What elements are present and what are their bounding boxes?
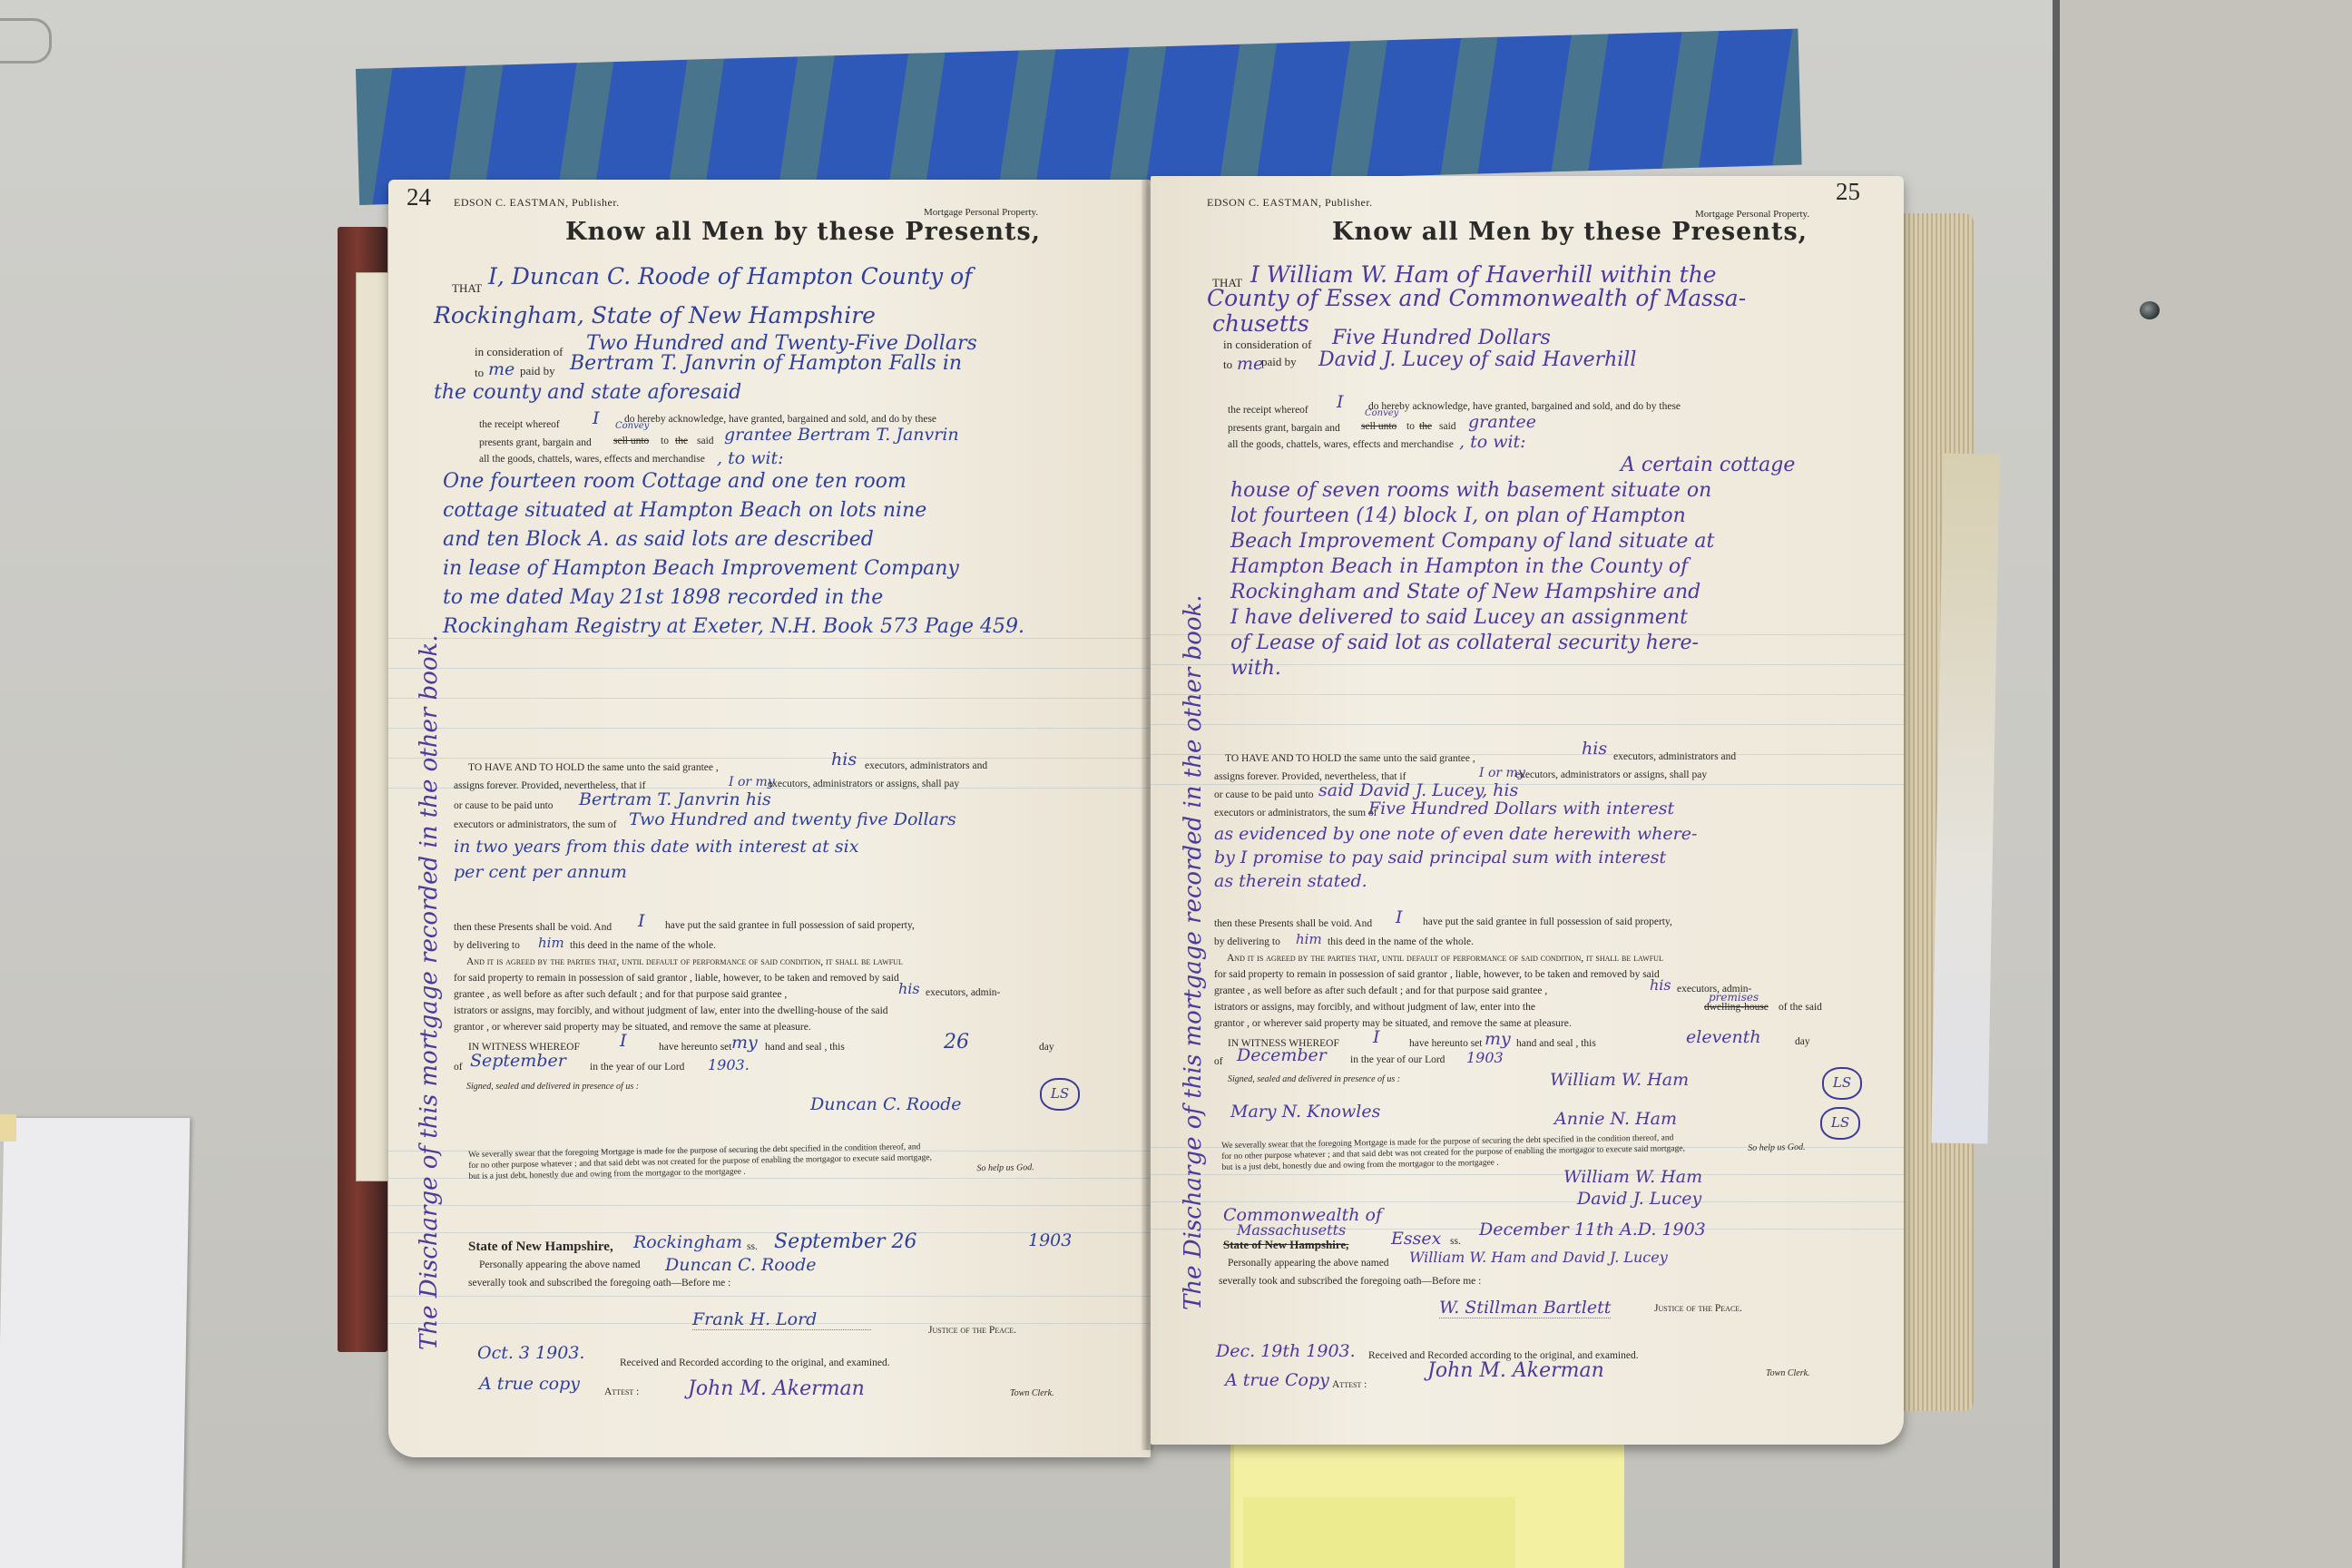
discharge-margin-note: The Discharge of this mortgage recorded … xyxy=(416,534,443,1350)
paid-to-me: me xyxy=(488,359,514,379)
sheet-tab xyxy=(0,1114,16,1142)
justice-title: Justice of the Peace. xyxy=(1654,1303,1742,1314)
mortgagor-signature: William W. Ham xyxy=(1550,1070,1689,1090)
panel-screw-hole xyxy=(2140,301,2160,319)
grantee-line-1: Bertram T. Janvrin of Hampton Falls in xyxy=(570,352,962,375)
grantor-line: County of Essex and Commonwealth of Mass… xyxy=(1207,285,1746,311)
terms-line: as therein stated. xyxy=(1214,871,1367,891)
form-heading: Know all Men by these Presents, xyxy=(1332,218,1808,246)
witness-year: 1903 xyxy=(1466,1049,1504,1066)
discharge-margin-note: The Discharge of this mortgage recorded … xyxy=(1180,494,1207,1310)
oath-signature: David J. Lucey xyxy=(1577,1189,1701,1209)
witness-day-label: day xyxy=(1795,1036,1810,1047)
grantor-line-2: Rockingham, State of New Hampshire xyxy=(434,302,876,328)
presents-to: to xyxy=(1406,421,1415,432)
witness-pronoun: I xyxy=(620,1031,627,1051)
habendum-sum: Five Hundred Dollars with interest xyxy=(1368,799,1674,818)
void-line-2b: this deed in the name of the whole. xyxy=(1328,936,1474,947)
agreed-line: grantor , or wherever said property may … xyxy=(1214,1018,1572,1029)
description-line: to me dated May 21st 1898 recorded in th… xyxy=(443,586,883,609)
receipt-pronoun: I xyxy=(1337,392,1344,412)
void-pronoun: I xyxy=(638,911,645,931)
presents-said: said xyxy=(1439,421,1456,432)
void-line-1b: have put the said grantee in full posses… xyxy=(1423,916,1672,927)
publisher-line: EDSON C. EASTMAN, Publisher. xyxy=(454,196,620,210)
inserted-papers xyxy=(1931,454,1999,1144)
witness-my: my xyxy=(1485,1029,1511,1049)
void-him: him xyxy=(538,935,564,951)
goods-text: all the goods, chattels, wares, effects … xyxy=(1228,439,1454,450)
grantor-line: I William W. Ham of Haverhill within the xyxy=(1250,261,1717,288)
habendum-line-2b: executors, administrators or assigns, sh… xyxy=(768,779,959,789)
jurat-name: William W. Ham and David J. Lucey xyxy=(1409,1249,1668,1266)
jurat-ss: ss. xyxy=(747,1241,758,1252)
signed-label: Signed, sealed and delivered in presence… xyxy=(1228,1074,1400,1084)
description-line: in lease of Hampton Beach Improvement Co… xyxy=(443,557,959,580)
jurat-oath: severally took and subscribed the forego… xyxy=(1219,1276,1481,1287)
witness-signature: Mary N. Knowles xyxy=(1230,1102,1380,1122)
grantor-line-1: I, Duncan C. Roode of Hampton County of xyxy=(488,263,972,289)
jurat-county: Rockingham xyxy=(633,1232,742,1252)
loose-white-sheet xyxy=(0,1118,190,1568)
witness-set: have hereunto set xyxy=(659,1042,731,1053)
description-line: Beach Improvement Company of land situat… xyxy=(1230,530,1714,553)
that-label: THAT xyxy=(452,281,482,296)
terms-line: by I promise to pay said principal sum w… xyxy=(1214,848,1666,867)
paid-by-label: paid by xyxy=(520,364,555,378)
void-line-1b: have put the said grantee in full posses… xyxy=(665,920,915,931)
description-line: Rockingham and State of New Hampshire an… xyxy=(1230,581,1700,603)
void-line-1: then these Presents shall be void. And xyxy=(454,922,612,933)
clerk-title: Town Clerk. xyxy=(1010,1388,1054,1398)
co-signer-signature: Annie N. Ham xyxy=(1554,1109,1677,1129)
receipt-label: the receipt whereof xyxy=(1228,405,1308,416)
void-line-2: by delivering to xyxy=(1214,936,1280,947)
presents-text: presents grant, bargain and xyxy=(1228,423,1340,434)
jurat-massachusetts: Massachusetts xyxy=(1237,1221,1346,1239)
agreed-line-3b: executors, admin- xyxy=(926,987,1000,998)
clerk-signature: John M. Akerman xyxy=(688,1377,865,1400)
description-line: and ten Block A. as said lots are descri… xyxy=(443,528,874,551)
recorded-text: Received and Recorded according to the o… xyxy=(620,1357,890,1368)
habendum-payee: said David J. Lucey, his xyxy=(1318,780,1518,800)
agreed-line-4b: of the said xyxy=(1779,1002,1822,1013)
habendum-payee: Bertram T. Janvrin his xyxy=(579,789,771,809)
agreed-line: grantor , or wherever said property may … xyxy=(454,1022,811,1033)
receipt-label: the receipt whereof xyxy=(479,419,560,430)
jurat-county: Essex xyxy=(1391,1229,1441,1249)
agreed-his: his xyxy=(1650,976,1671,994)
witness-hand-seal: hand and seal , this xyxy=(1516,1038,1596,1049)
description-line: Rockingham Registry at Exeter, N.H. Book… xyxy=(443,615,1024,638)
agreed-line: And it is agreed by the parties that, un… xyxy=(466,956,903,967)
habendum-his: his xyxy=(1582,739,1607,759)
jurat-name: Duncan C. Roode xyxy=(665,1255,816,1275)
to-wit: , to wit: xyxy=(717,448,784,468)
true-copy: A true copy xyxy=(479,1374,580,1394)
agreed-his: his xyxy=(898,980,920,997)
jurat-year: 1903 xyxy=(1028,1230,1072,1250)
consideration-label: in consideration of xyxy=(1223,338,1311,352)
clerk-title: Town Clerk. xyxy=(1766,1368,1810,1378)
witness-set: have hereunto set xyxy=(1409,1038,1482,1049)
grantee-line-2: the county and state aforesaid xyxy=(434,381,741,404)
habendum-line-2b: executors, administrators or assigns, sh… xyxy=(1515,769,1707,780)
struck-the: the xyxy=(1419,421,1432,432)
witness-year: 1903. xyxy=(708,1056,750,1073)
witness-pronoun: I xyxy=(1373,1027,1380,1047)
ledger-page-24: 24 EDSON C. EASTMAN, Publisher. Mortgage… xyxy=(388,180,1151,1457)
page-number: 24 xyxy=(407,183,431,211)
jurat-appearing: Personally appearing the above named xyxy=(479,1259,641,1270)
agreed-line: istrators or assigns, may forcibly, and … xyxy=(454,1005,888,1016)
description-line: lot fourteen (14) block I, on plan of Ha… xyxy=(1230,505,1686,527)
description-line: A certain cottage xyxy=(1621,454,1795,476)
to-wit: , to wit: xyxy=(1459,432,1526,452)
description-line: One fourteen room Cottage and one ten ro… xyxy=(443,470,906,493)
to-label: to xyxy=(1223,358,1232,372)
jurat-date: September 26 xyxy=(774,1230,917,1253)
consideration-amount: Five Hundred Dollars xyxy=(1332,327,1551,349)
void-him: him xyxy=(1296,931,1322,947)
sticky-note-tab[interactable] xyxy=(1243,1497,1515,1568)
description-line: house of seven rooms with basement situa… xyxy=(1230,479,1711,502)
agreed-line: And it is agreed by the parties that, un… xyxy=(1227,953,1663,964)
void-line-1: then these Presents shall be void. And xyxy=(1214,918,1372,929)
description-line: cottage situated at Hampton Beach on lot… xyxy=(443,499,926,522)
receipt-text: do hereby acknowledge, have granted, bar… xyxy=(1368,401,1681,412)
struck-sell-unto: sell unto xyxy=(613,436,649,446)
void-pronoun: I xyxy=(1396,907,1403,927)
receipt-text: do hereby acknowledge, have granted, bar… xyxy=(624,414,936,425)
so-help-us-god: So help us God. xyxy=(1748,1142,1806,1153)
attest-label: Attest : xyxy=(1332,1379,1367,1390)
habendum-sum: Two Hundred and twenty five Dollars xyxy=(629,809,956,829)
publisher-line: EDSON C. EASTMAN, Publisher. xyxy=(1207,196,1373,210)
terms-line: in two years from this date with interes… xyxy=(454,837,858,857)
terms-line: per cent per annum xyxy=(454,862,627,882)
binder-clip-icon xyxy=(0,18,52,64)
habendum-line-3: or cause to be paid unto xyxy=(1214,789,1314,800)
description-line: of Lease of said lot as collateral secur… xyxy=(1230,632,1699,654)
agreed-line: grantee , as well before as after such d… xyxy=(1214,985,1547,996)
seal-ls-icon: LS xyxy=(1820,1107,1860,1140)
habendum-his: his xyxy=(831,750,857,769)
struck-state-of-new-hampshire: State of New Hampshire, xyxy=(1223,1238,1348,1252)
page-number: 25 xyxy=(1836,178,1860,206)
justice-title: Justice of the Peace. xyxy=(928,1325,1016,1336)
description-line: Hampton Beach in Hampton in the County o… xyxy=(1230,555,1688,578)
void-line-2: by delivering to xyxy=(454,940,520,951)
presents-text: presents grant, bargain and xyxy=(479,437,592,448)
presents-said: said xyxy=(697,436,714,446)
ledger-page-25: 25 EDSON C. EASTMAN, Publisher. Mortgage… xyxy=(1151,176,1904,1445)
witness-day: eleventh xyxy=(1686,1027,1761,1047)
struck-the: the xyxy=(675,436,688,446)
habendum-line-1b: executors, administrators and xyxy=(1613,751,1736,762)
grantor-line: chusetts xyxy=(1212,310,1309,337)
jurat-ss: ss. xyxy=(1450,1236,1461,1247)
presents-to: to xyxy=(661,436,669,446)
receipt-pronoun: I xyxy=(593,408,600,428)
consideration-label: in consideration of xyxy=(475,345,563,359)
seal-ls-icon: LS xyxy=(1040,1078,1080,1111)
paid-by-label: paid by xyxy=(1261,355,1297,369)
attest-label: Attest : xyxy=(604,1387,639,1397)
inserted-convey: Convey xyxy=(1365,408,1398,418)
paid-to-me: me xyxy=(1237,354,1263,374)
signed-label: Signed, sealed and delivered in presence… xyxy=(466,1082,639,1092)
terms-line: as evidenced by one note of even date he… xyxy=(1214,824,1697,844)
seal-ls-icon: LS xyxy=(1822,1067,1862,1100)
agreed-line: for said property to remain in possessio… xyxy=(454,973,899,984)
inserted-premises: premises xyxy=(1709,991,1759,1004)
witness-year-label: in the year of our Lord xyxy=(1350,1054,1445,1065)
justice-signature: Frank H. Lord xyxy=(692,1309,871,1330)
witness-my: my xyxy=(731,1033,758,1053)
agreed-line: istrators or assigns, may forcibly, and … xyxy=(1214,1002,1535,1013)
jurat-state: State of New Hampshire, xyxy=(468,1240,613,1255)
jurat-date: December 11th A.D. 1903 xyxy=(1479,1220,1706,1240)
oath-signature: William W. Ham xyxy=(1563,1167,1702,1187)
witness-month: December xyxy=(1237,1045,1327,1065)
recorded-date: Oct. 3 1903. xyxy=(477,1343,584,1363)
true-copy: A true Copy xyxy=(1225,1370,1329,1390)
witness-month: September xyxy=(470,1051,566,1071)
agreed-line: grantee , as well before as after such d… xyxy=(454,989,787,1000)
mortgagor-signature: Duncan C. Roode xyxy=(810,1094,961,1114)
form-type: Mortgage Personal Property. xyxy=(924,207,1038,218)
clerk-signature: John M. Akerman xyxy=(1427,1359,1604,1382)
to-label: to xyxy=(475,366,484,380)
void-line-2b: this deed in the name of the whole. xyxy=(570,940,716,951)
habendum-line-4: executors or administrators, the sum of xyxy=(1214,808,1377,818)
inserted-convey: Convey xyxy=(615,421,649,431)
witness-year-label: in the year of our Lord xyxy=(590,1062,684,1073)
jurat-oath: severally took and subscribed the forego… xyxy=(468,1278,730,1289)
habendum-line-1b: executors, administrators and xyxy=(865,760,987,771)
goods-text: all the goods, chattels, wares, effects … xyxy=(479,454,705,465)
agreed-line: for said property to remain in possessio… xyxy=(1214,969,1660,980)
presents-grantee: grantee xyxy=(1468,412,1536,432)
justice-signature: W. Stillman Bartlett xyxy=(1439,1298,1611,1318)
witness-day-label: day xyxy=(1039,1042,1054,1053)
description-line: I have delivered to said Lucey an assign… xyxy=(1230,606,1688,629)
habendum-line-4: executors or administrators, the sum of xyxy=(454,819,617,830)
struck-sell-unto: sell unto xyxy=(1361,421,1396,432)
grantee-line-1: David J. Lucey of said Haverhill xyxy=(1318,348,1636,371)
recorded-date: Dec. 19th 1903. xyxy=(1216,1341,1356,1361)
presents-grantee: grantee Bertram T. Janvrin xyxy=(724,425,959,445)
so-help-us-god: So help us God. xyxy=(976,1162,1034,1173)
witness-hand-seal: hand and seal , this xyxy=(765,1042,845,1053)
habendum-line-3: or cause to be paid unto xyxy=(454,800,554,811)
cabinet-panel xyxy=(2053,0,2352,1568)
witness-of: of xyxy=(1214,1056,1223,1067)
description-line: with. xyxy=(1230,657,1281,680)
habendum-line-1: TO HAVE AND TO HOLD the same unto the sa… xyxy=(468,762,719,773)
witness-of: of xyxy=(454,1062,463,1073)
jurat-appearing: Personally appearing the above named xyxy=(1228,1258,1389,1269)
form-heading: Know all Men by these Presents, xyxy=(565,218,1041,246)
habendum-line-1: TO HAVE AND TO HOLD the same unto the sa… xyxy=(1225,753,1475,764)
witness-day: 26 xyxy=(944,1031,969,1053)
